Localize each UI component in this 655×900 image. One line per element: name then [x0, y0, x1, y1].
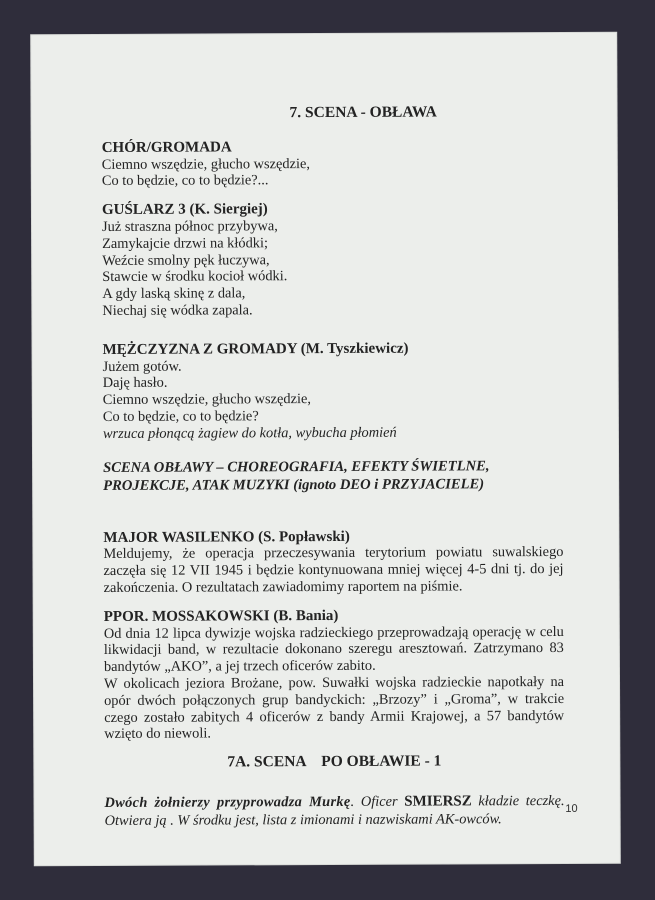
speaker-name: GUŚLARZ 3 (K. Siergiej)	[102, 200, 562, 219]
direction-italic: . Oficer	[351, 794, 405, 810]
report-paragraph: W okolicach jeziora Brożane, pow. Suwałk…	[104, 674, 564, 743]
speaker-name: MAJOR WASILENKO (S. Popławski)	[103, 528, 563, 547]
verse-line: Niechaj się wódka zapala.	[102, 301, 562, 320]
verse-line: Już straszna północ przybywa,	[102, 217, 562, 236]
scene-title: 7A. SCENA PO OBŁAWIE - 1	[104, 753, 564, 772]
speaker-name: CHÓR/GROMADA	[102, 138, 562, 157]
verse-line: Stawcie w środku kocioł wódki.	[102, 267, 562, 286]
verse-line: Co to będzie, co to będzie?	[103, 407, 563, 426]
verse-line: Ciemno wszędzie, głucho wszędzie,	[103, 390, 563, 409]
verse-line: Zamykajcie drzwi na kłódki;	[102, 234, 562, 253]
verse-line: Co to będzie, co to będzie?...	[102, 171, 562, 190]
verse-line: Weźcie smolny pęk łuczywa,	[102, 251, 562, 270]
scene-title: 7. SCENA - OBŁAWA	[102, 104, 562, 123]
stage-direction: wrzuca płonącą żagiew do kotła, wybucha …	[103, 424, 563, 443]
verse-line: Daję hasło.	[103, 373, 563, 392]
direction-bold-italic: Dwóch żołnierzy przyprowadza Murkę	[105, 794, 351, 811]
stage-direction: Dwóch żołnierzy przyprowadza Murkę. Ofic…	[105, 792, 565, 831]
verse-line: Jużem gotów.	[103, 357, 563, 376]
document-page: 7. SCENA - OBŁAWA CHÓR/GROMADA Ciemno ws…	[31, 33, 620, 866]
speaker-name: MĘŻCZYZNA Z GROMADY (M. Tyszkiewicz)	[103, 340, 563, 359]
direction-bold: SMIERSZ	[404, 793, 472, 809]
report-paragraph: Meldujemy, że operacja przeczesywania te…	[103, 544, 563, 596]
verse-line: Ciemno wszędzie, głucho wszędzie,	[102, 155, 562, 174]
verse-line: A gdy laską skinę z dala,	[102, 284, 562, 303]
page-content: 7. SCENA - OBŁAWA CHÓR/GROMADA Ciemno ws…	[102, 104, 565, 831]
report-paragraph: Od dnia 12 lipca dywizje wojska radzieck…	[104, 623, 564, 675]
stage-heading-line: PROJEKCJE, ATAK MUZYKI (ignoto DEO i PRZ…	[103, 475, 563, 495]
page-number: 10	[565, 801, 577, 818]
stage-heading-line: SCENA OBŁAWY – CHOREOGRAFIA, EFEKTY ŚWIE…	[103, 457, 563, 477]
speaker-name: PPOR. MOSSAKOWSKI (B. Bania)	[104, 607, 564, 626]
